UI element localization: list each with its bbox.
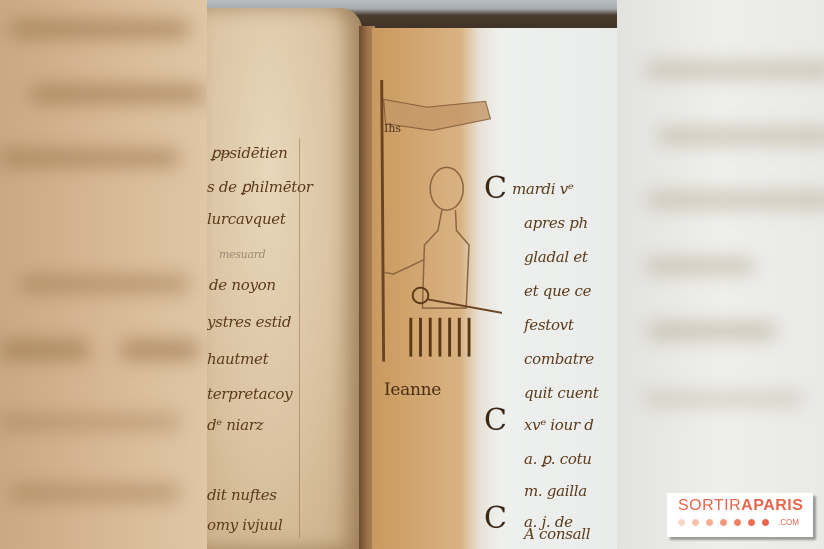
sortiraparis-watermark: SORTIRAPARIS .COM	[667, 493, 813, 537]
blurred-left-backdrop	[0, 0, 207, 549]
left-page: ꝑᵽsidētien s de ꝑhilmētor lurcavquet mes…	[207, 8, 362, 549]
left-line: ꝑᵽsidētien	[211, 144, 287, 162]
left-line: mesuard	[219, 248, 265, 261]
left-line: dit nuftes	[207, 486, 277, 504]
dot-icon	[720, 519, 727, 526]
right-line: combatre	[524, 350, 594, 368]
dot-icon	[748, 519, 755, 526]
watermark-dots-row: .COM	[678, 518, 813, 527]
brand-light: SORTIR	[678, 497, 741, 514]
left-line: terpretacoy	[207, 385, 292, 403]
left-line: s de ꝑhilmētor	[207, 178, 313, 196]
decorated-initial: C	[484, 174, 507, 204]
left-line: hautmet	[207, 350, 268, 368]
brand-suffix: .COM	[778, 518, 799, 527]
dot-icon	[678, 519, 685, 526]
manuscript-photo: ꝑᵽsidētien s de ꝑhilmētor lurcavquet mes…	[207, 0, 617, 549]
watermark-brand: SORTIRAPARIS	[678, 498, 813, 514]
right-page: Iħs Ieanne C mardi vᵉ apres ph gladal et…	[372, 28, 617, 549]
left-line: de noyon	[209, 276, 276, 294]
decorated-initial: C	[484, 406, 507, 436]
right-line: a. ꝑ. cotu	[524, 450, 592, 468]
right-line: quit cuent	[524, 384, 598, 402]
left-line: ystres estid	[207, 313, 291, 331]
right-line: gladal et	[524, 248, 588, 266]
photo-stage: ꝑᵽsidētien s de ꝑhilmētor lurcavquet mes…	[0, 0, 824, 549]
brand-bold: APARIS	[741, 497, 803, 514]
dot-icon	[762, 519, 769, 526]
drawing-name-label: Ieanne	[384, 380, 441, 400]
right-line: apres ph	[524, 214, 588, 232]
left-line: omy ivjuul	[207, 516, 283, 534]
decorated-initial: C	[484, 504, 507, 534]
right-line: festovt	[524, 316, 574, 334]
right-line: mardi vᵉ	[512, 180, 573, 198]
dot-icon	[734, 519, 741, 526]
right-line: et que ce	[524, 282, 591, 300]
dot-icon	[692, 519, 699, 526]
right-line: xvᵉ iour d	[524, 416, 594, 434]
left-line: dᵉ niarz	[207, 416, 263, 434]
right-line: A consall	[524, 525, 590, 543]
right-line: m. gailla	[524, 482, 587, 500]
blurred-right-backdrop	[617, 0, 824, 549]
banner-inscription: Iħs	[384, 122, 401, 135]
dot-icon	[706, 519, 713, 526]
left-line: lurcavquet	[207, 210, 286, 228]
